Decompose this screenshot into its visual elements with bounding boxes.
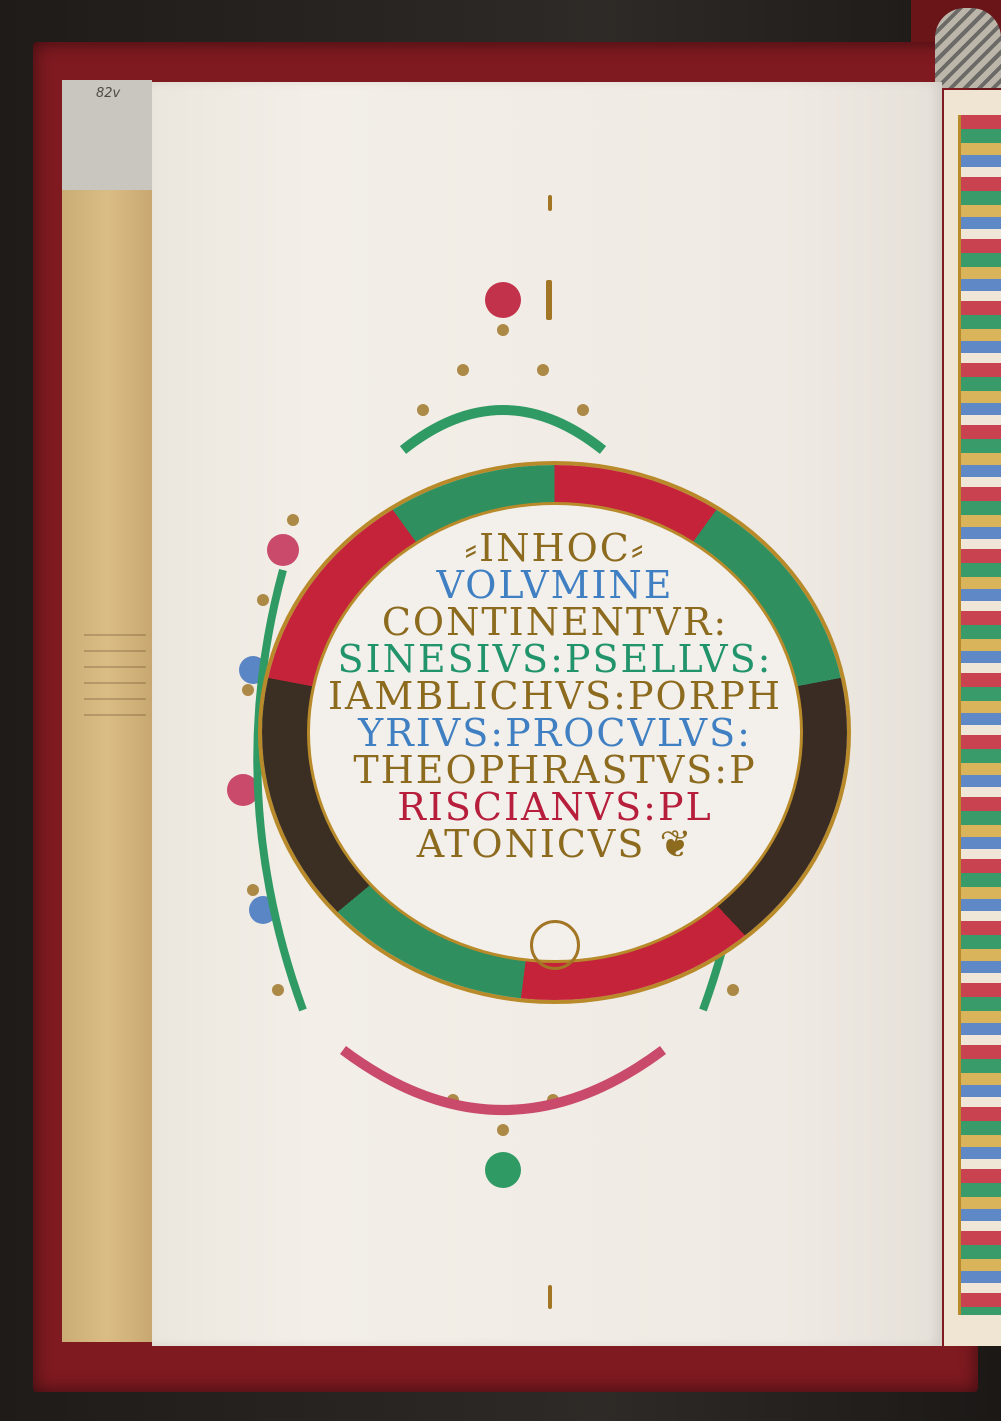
bottom-spike	[548, 1285, 552, 1309]
inscription-line-3: CONTINENTVR:	[320, 604, 790, 641]
folio-number: 82v	[96, 86, 120, 101]
inscription-line-2: VOLVMINE	[320, 567, 790, 604]
inscription-line-9: ATONICVS ❦	[320, 826, 790, 863]
roundel-inscription: ⸗INHOC⸗ VOLVMINE CONTINENTVR: SINESIVS:P…	[320, 530, 790, 863]
inscription-line-1: ⸗INHOC⸗	[320, 530, 790, 567]
top-dot	[548, 195, 552, 211]
ring-feathers-emblem-icon	[530, 920, 580, 970]
inscription-line-8: RISCIANVS:PL	[320, 789, 790, 826]
spine-headband	[935, 8, 1001, 88]
inscription-line-7: THEOPHRASTVS:P	[320, 752, 790, 789]
inscription-line-4: SINESIVS:PSELLVS:	[320, 641, 790, 678]
inscription-line-5: IAMBLICHVS:PORPH	[320, 678, 790, 715]
stub-faded-writing	[84, 620, 146, 730]
inscription-line-6: YRIVS:PROCVLVS:	[320, 715, 790, 752]
